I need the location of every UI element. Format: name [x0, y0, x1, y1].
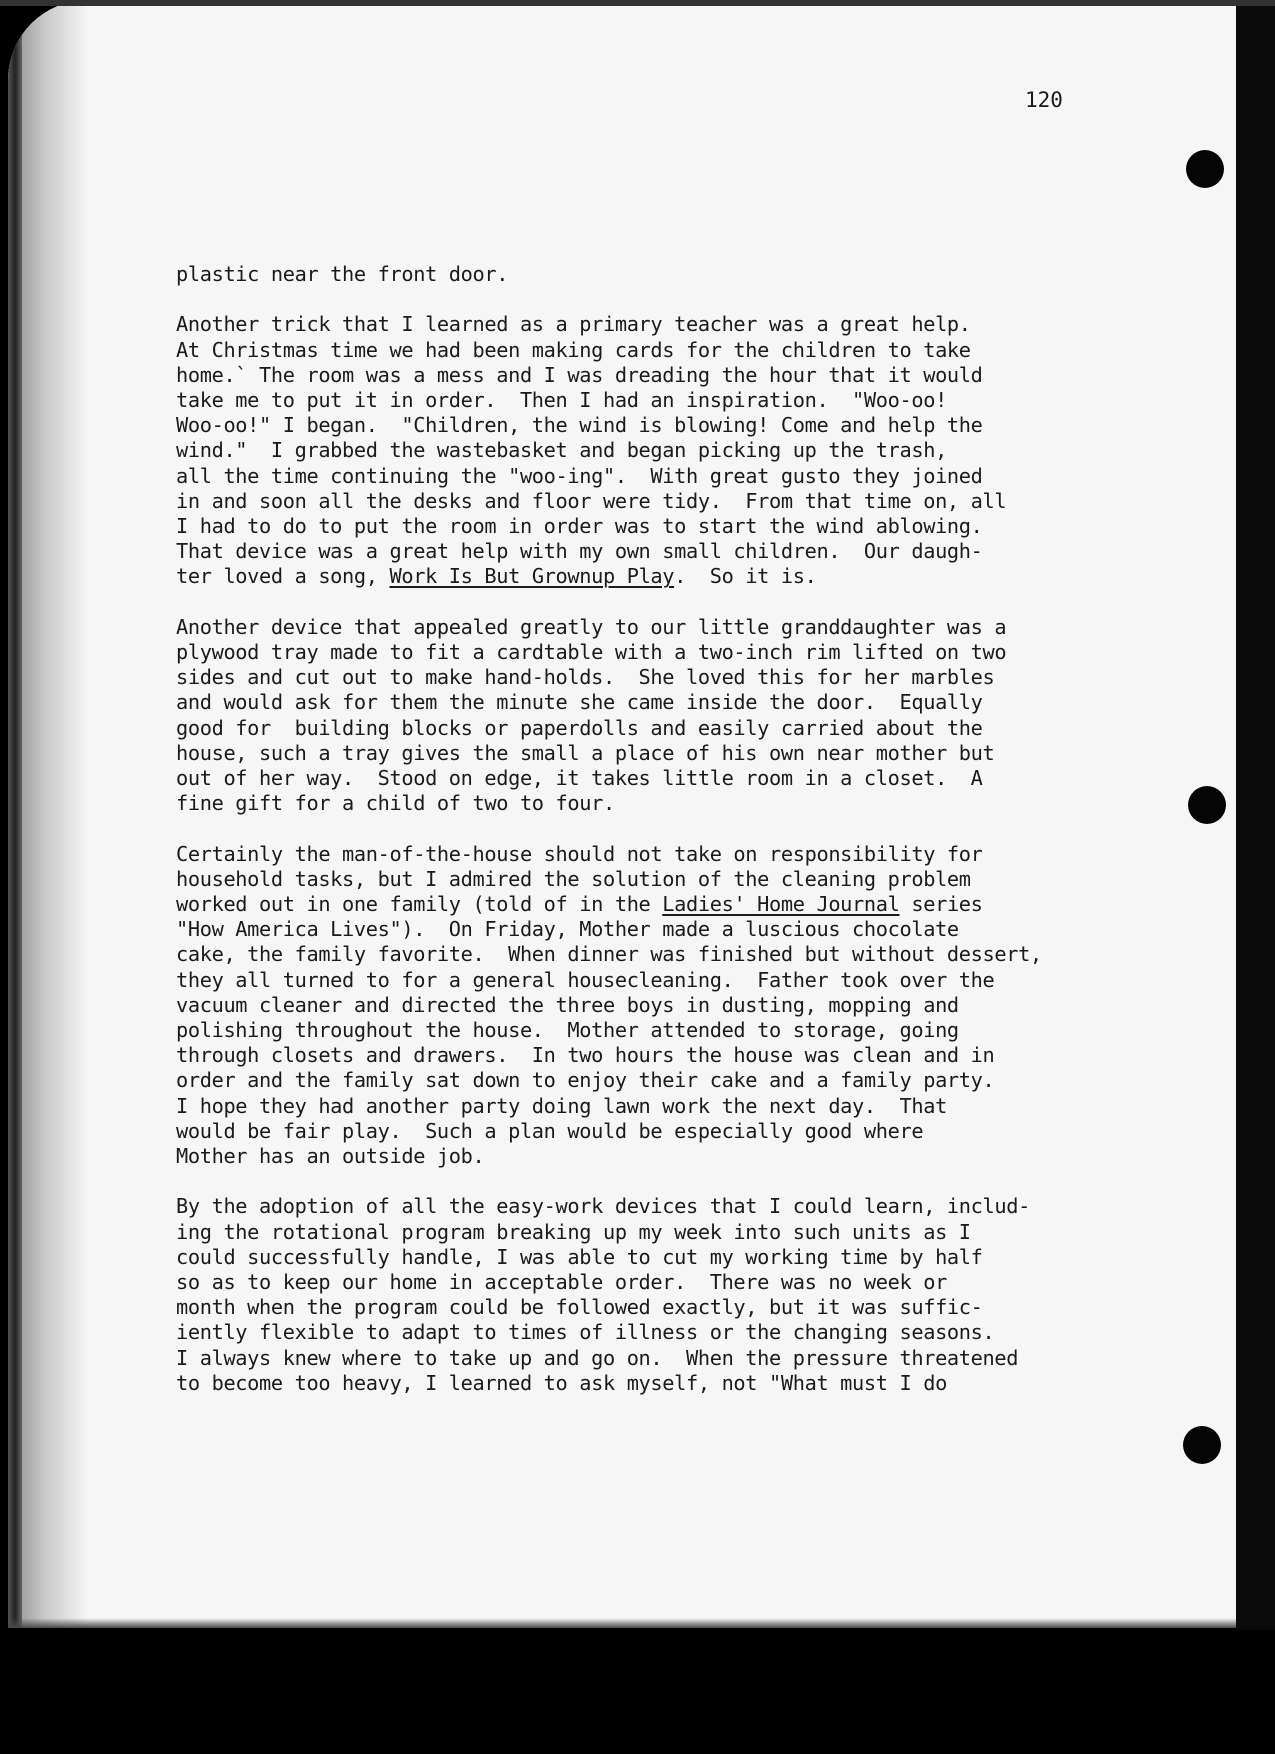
text-line: By the adoption of all the easy-work dev…: [176, 1194, 1176, 1219]
binding-edge-shadow: [8, 0, 22, 1628]
paragraph: Another device that appealed greatly to …: [176, 615, 1176, 817]
text-line: Woo-oo!" I began. "Children, the wind is…: [176, 413, 1176, 438]
page-number: 120: [1025, 88, 1063, 112]
text-line: out of her way. Stood on edge, it takes …: [176, 766, 1176, 791]
text-line: plywood tray made to fit a cardtable wit…: [176, 640, 1176, 665]
text-line: That device was a great help with my own…: [176, 539, 1176, 564]
paragraph: plastic near the front door.: [176, 262, 1176, 287]
paragraph: Another trick that I learned as a primar…: [176, 312, 1176, 589]
text-line: wind." I grabbed the wastebasket and beg…: [176, 438, 1176, 463]
text-line: At Christmas time we had been making car…: [176, 338, 1176, 363]
text-line: vacuum cleaner and directed the three bo…: [176, 993, 1176, 1018]
text-line: I always knew where to take up and go on…: [176, 1346, 1176, 1371]
paragraph: Certainly the man-of-the-house should no…: [176, 842, 1176, 1170]
text-line: household tasks, but I admired the solut…: [176, 867, 1176, 892]
text-line: Mother has an outside job.: [176, 1144, 1176, 1169]
text-line: would be fair play. Such a plan would be…: [176, 1119, 1176, 1144]
text-line: order and the family sat down to enjoy t…: [176, 1068, 1176, 1093]
punch-hole-icon: [1183, 1426, 1221, 1464]
text-line: Another trick that I learned as a primar…: [176, 312, 1176, 337]
text-line: Certainly the man-of-the-house should no…: [176, 842, 1176, 867]
text-line: Another device that appealed greatly to …: [176, 615, 1176, 640]
text-line: to become too heavy, I learned to ask my…: [176, 1371, 1176, 1396]
text-line: they all turned to for a general housecl…: [176, 968, 1176, 993]
underlined-title: Ladies' Home Journal: [662, 892, 899, 916]
text-line: plastic near the front door.: [176, 262, 1176, 287]
text-line: polishing throughout the house. Mother a…: [176, 1018, 1176, 1043]
text-line: ter loved a song, Work Is But Grownup Pl…: [176, 564, 1176, 589]
text-line: good for building blocks or paperdolls a…: [176, 716, 1176, 741]
text-line: iently flexible to adapt to times of ill…: [176, 1320, 1176, 1345]
text-line: house, such a tray gives the small a pla…: [176, 741, 1176, 766]
underlined-title: Work Is But Grownup Play: [390, 564, 675, 588]
punch-hole-icon: [1186, 150, 1224, 188]
text-line: and would ask for them the minute she ca…: [176, 690, 1176, 715]
text-line: ing the rotational program breaking up m…: [176, 1220, 1176, 1245]
body-text: plastic near the front door.Another tric…: [176, 262, 1176, 1421]
text-line: in and soon all the desks and floor were…: [176, 489, 1176, 514]
paragraph: By the adoption of all the easy-work dev…: [176, 1194, 1176, 1396]
text-line: sides and cut out to make hand-holds. Sh…: [176, 665, 1176, 690]
text-line: through closets and drawers. In two hour…: [176, 1043, 1176, 1068]
text-line: I hope they had another party doing lawn…: [176, 1094, 1176, 1119]
text-line: take me to put it in order. Then I had a…: [176, 388, 1176, 413]
text-line: home.` The room was a mess and I was dre…: [176, 363, 1176, 388]
scanner-edge-top: [0, 0, 1275, 6]
text-line: I had to do to put the room in order was…: [176, 514, 1176, 539]
text-line: month when the program could be followed…: [176, 1295, 1176, 1320]
text-line: cake, the family favorite. When dinner w…: [176, 942, 1176, 967]
text-line: all the time continuing the "woo-ing". W…: [176, 464, 1176, 489]
text-line: so as to keep our home in acceptable ord…: [176, 1270, 1176, 1295]
text-line: "How America Lives"). On Friday, Mother …: [176, 917, 1176, 942]
scanner-edge-right: [1236, 0, 1275, 1630]
text-line: fine gift for a child of two to four.: [176, 791, 1176, 816]
text-line: could successfully handle, I was able to…: [176, 1245, 1176, 1270]
punch-hole-icon: [1188, 786, 1226, 824]
text-line: worked out in one family (told of in the…: [176, 892, 1176, 917]
